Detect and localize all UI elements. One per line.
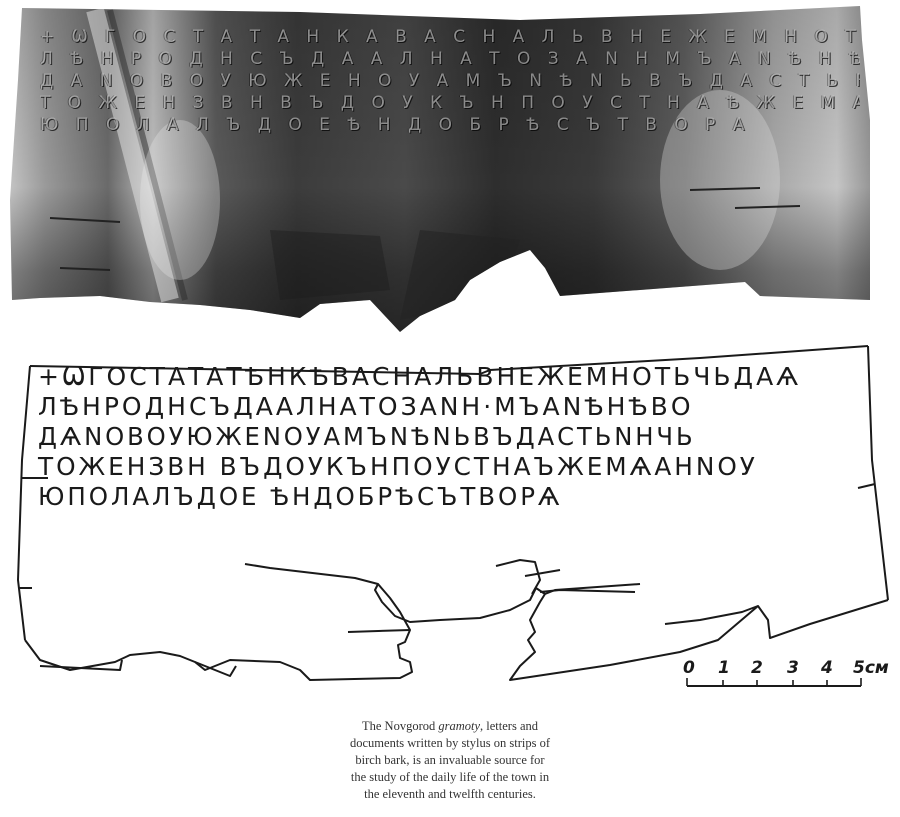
scale-bar: 0 1 2 3 4 5см [683, 658, 883, 694]
incised-text: + Ѡ Г О С Т А Т А Н К А В А С Н А Л Ь В … [40, 26, 860, 136]
caption-line: birch bark, is an invaluable source for [290, 752, 610, 769]
transcribed-line: ТОЖЕНЗВН ВЪДОУКЪНПОУСТНАЪЖЕМѦАНNОУ [38, 452, 870, 482]
transcribed-line: ЮПОЛАЛЪДОЕ ѢНДОБРѢСЪТВОРѦ [38, 482, 861, 512]
caption-suffix: , letters and [480, 719, 538, 733]
figure-caption: The Novgorod gramoty, letters and docume… [290, 718, 610, 803]
birch-bark-photograph: + Ѡ Г О С Т А Т А Н К А В А С Н А Л Ь В … [0, 0, 900, 340]
caption-line: documents written by stylus on strips of [290, 735, 610, 752]
incised-line: + Ѡ Г О С Т А Т А Н К А В А С Н А Л Ь В … [40, 26, 860, 48]
transcription-drawing: +ѠГОСТАТАТѢНКѢВАСНАЛЬВНЕЖЕМНОТЬЧЬДАѦ ЛѢН… [0, 340, 900, 710]
scale-label: 3 [787, 658, 799, 678]
incised-line: Т О Ж Е Н З В Н В Ъ Д О У К Ъ Н П О У С … [40, 92, 860, 114]
scale-ruler [683, 676, 883, 690]
scale-label: 0 [683, 658, 695, 678]
scale-label: 5см [853, 658, 889, 678]
scale-labels: 0 1 2 3 4 5см [683, 658, 883, 678]
transcribed-line: ДѦNОВОУЮЖЕNОУАМЪNѢNЬВЪДАСТЬNНЧЬ [38, 422, 853, 452]
incised-line: Ю П О Л А Л Ъ Д О Е Ѣ Н Д О Б Р Ѣ С Ъ Т … [40, 114, 860, 136]
incised-line: Л Ѣ Н Р О Д Н С Ъ Д А А Л Н А Т О З А N … [40, 48, 860, 70]
scale-label: 1 [718, 658, 730, 678]
caption-line: the study of the daily life of the town … [290, 769, 610, 786]
incised-line: Д А N О В О У Ю Ж Е Н О У А М Ъ N Ѣ N Ь … [40, 70, 860, 92]
caption-line: the eleventh and twelfth centuries. [290, 786, 610, 803]
caption-line-1: The Novgorod gramoty, letters and [290, 718, 610, 735]
caption-prefix: The Novgorod [362, 719, 438, 733]
transcribed-line: ЛѢНРОДНСЪДААЛНАТОЗАNН·МЪАNѢНѢВО [38, 392, 878, 422]
transcribed-line: +ѠГОСТАТАТѢНКѢВАСНАЛЬВНЕЖЕМНОТЬЧЬДАѦ [38, 362, 878, 392]
scale-label: 2 [751, 658, 763, 678]
caption-italic-term: gramoty [438, 719, 480, 733]
scale-label: 4 [821, 658, 833, 678]
transcribed-text: +ѠГОСТАТАТѢНКѢВАСНАЛЬВНЕЖЕМНОТЬЧЬДАѦ ЛѢН… [38, 362, 878, 512]
